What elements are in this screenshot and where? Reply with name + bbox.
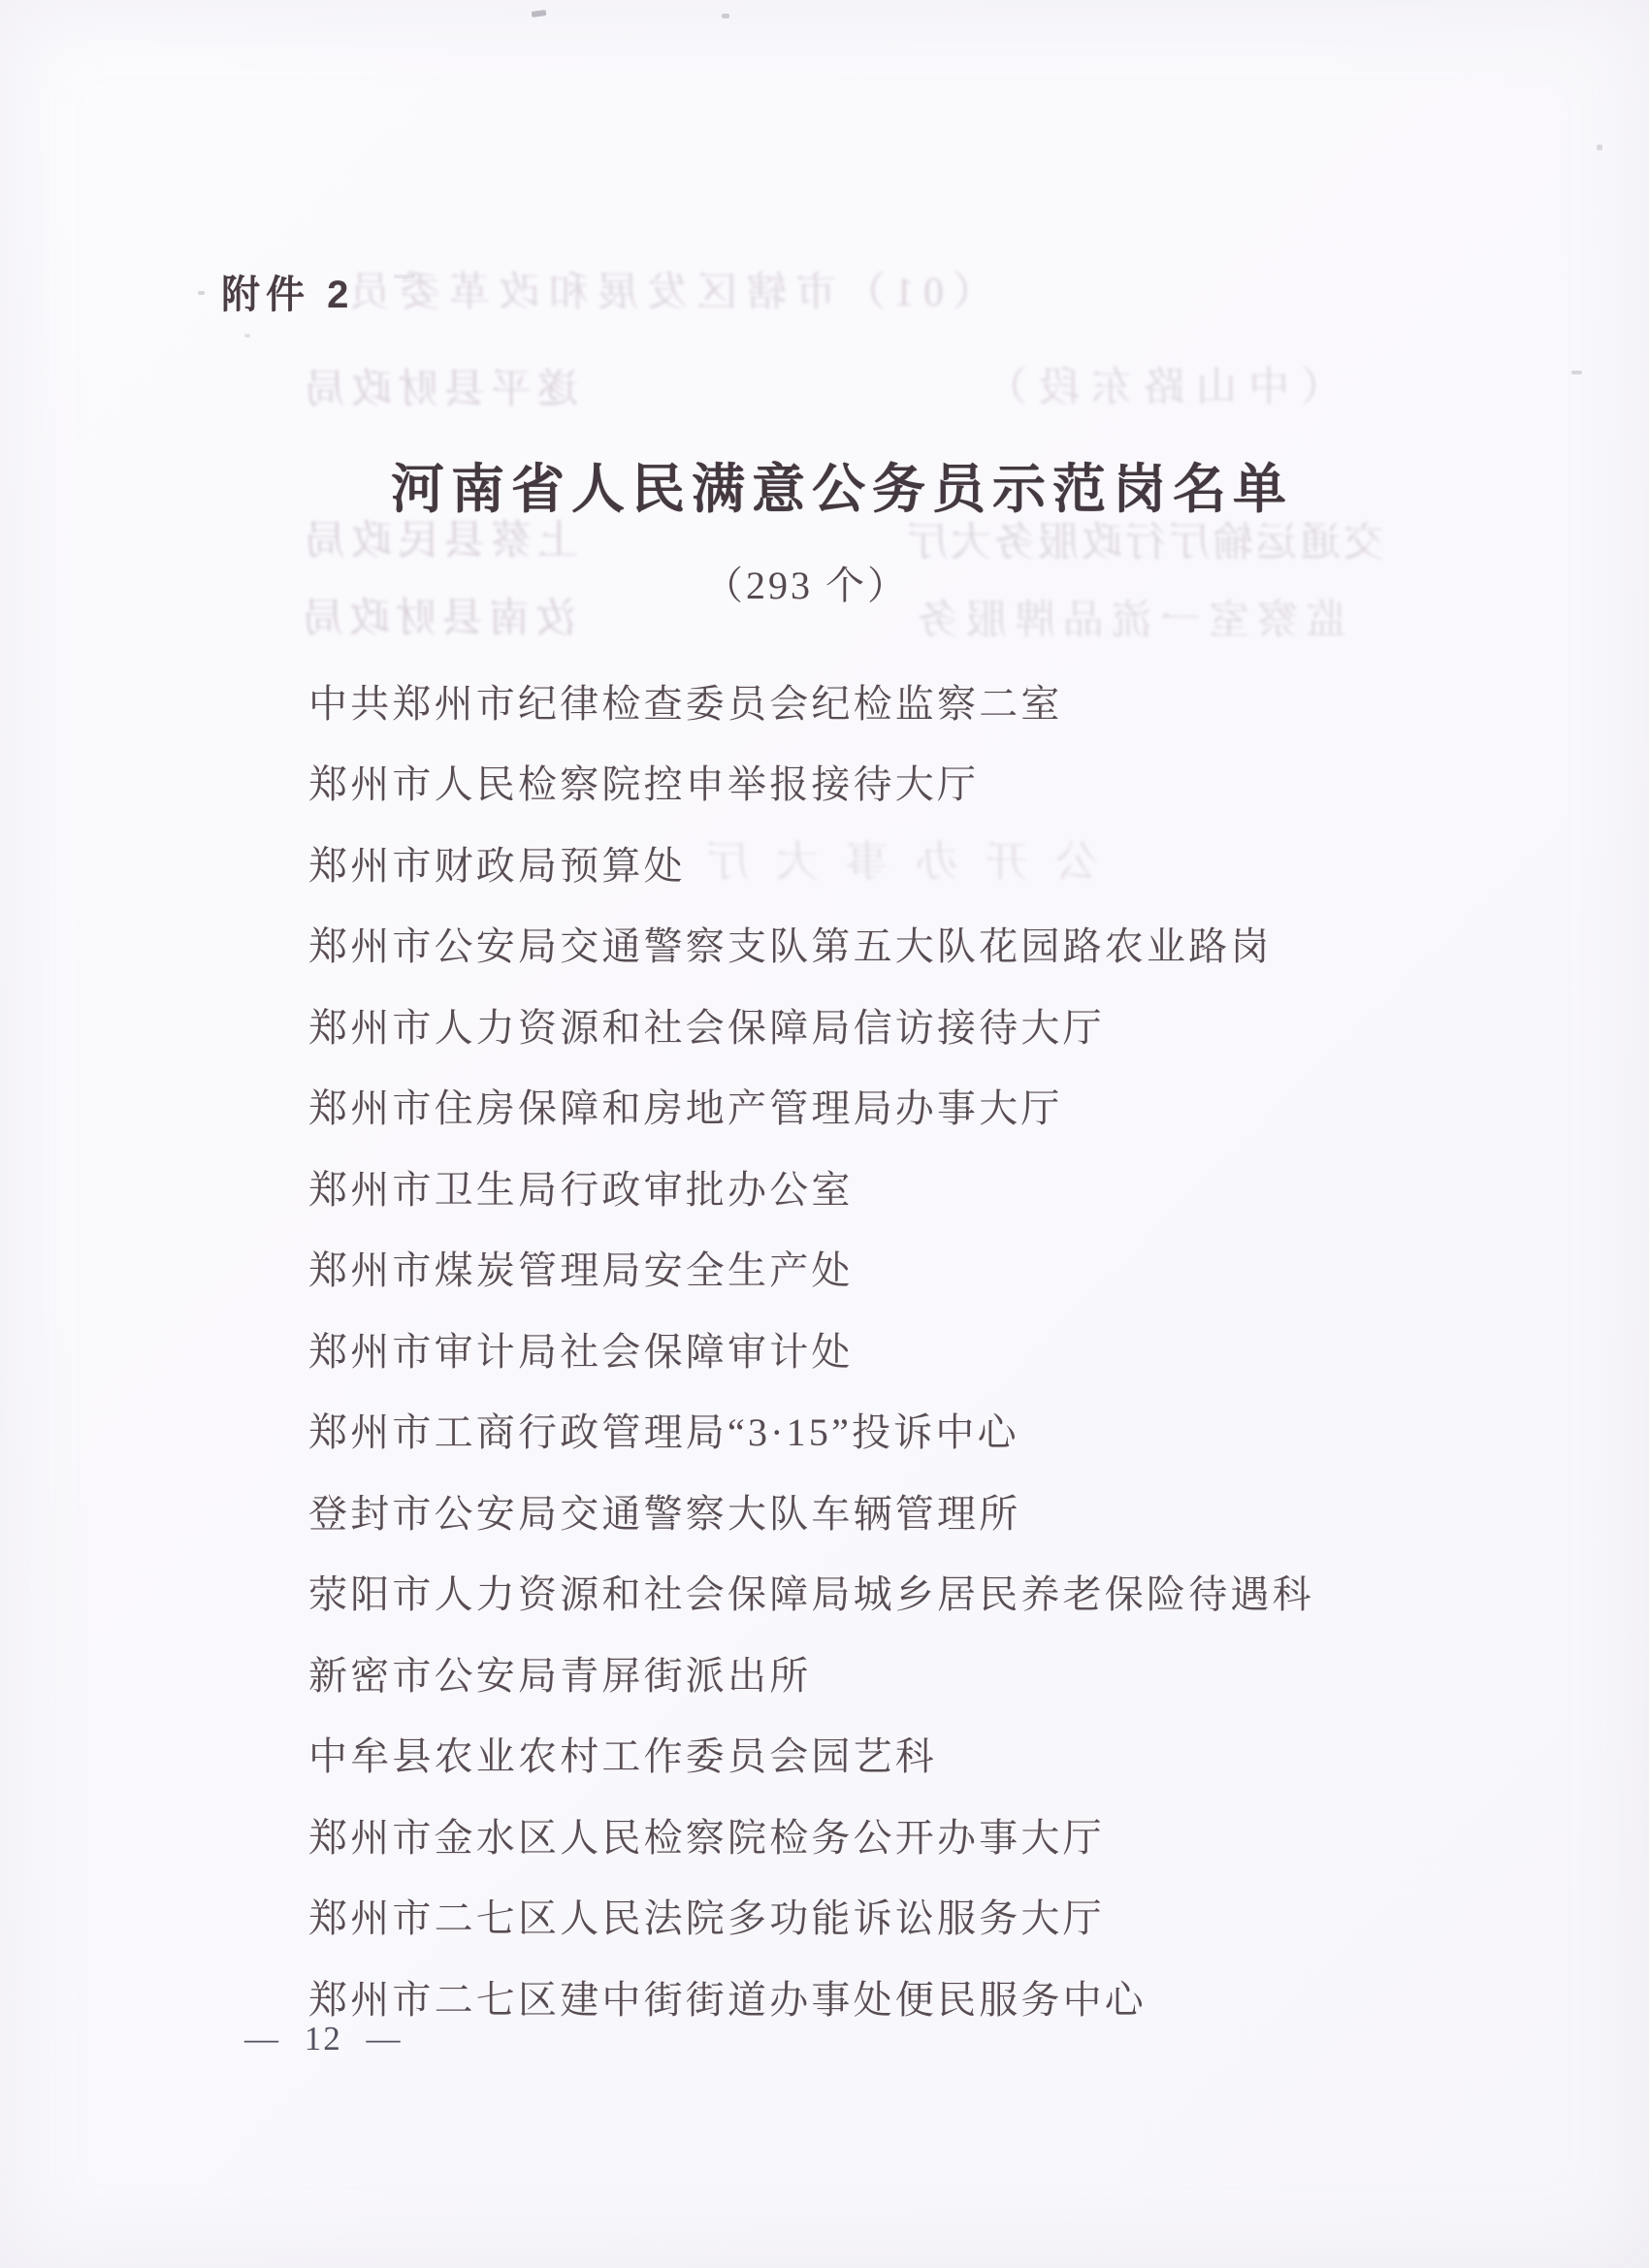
list-entry: 登封市公安局交通警察大队车辆管理所 [308, 1483, 1020, 1539]
scan-speck [244, 334, 250, 338]
scan-speck [532, 10, 547, 17]
document-title: 河南省人民满意公务员示范岗名单 [391, 446, 1293, 523]
bleedthrough-text: （中山路东段） [975, 355, 1342, 413]
list-entry: 郑州市审计局社会保障审计处 [308, 1321, 854, 1377]
list-entry: 郑州市人力资源和社会保障局信访接待大厅 [308, 997, 1105, 1053]
list-entry: 郑州市人民检察院控申举报接待大厅 [308, 754, 979, 809]
bleedthrough-text: 公开办事大厅 [679, 826, 1098, 889]
list-entry: 荥阳市人力资源和社会保障局城乡居民养老保险待遇科 [308, 1564, 1314, 1619]
scan-speck [1597, 145, 1602, 150]
scan-speck [394, 275, 415, 278]
list-entry: 郑州市住房保障和房地产管理局办事大厅 [308, 1078, 1063, 1133]
list-entry: 中共郑州市纪律检查委员会纪检监察二室 [308, 673, 1063, 729]
list-entry: 郑州市卫生局行政审批办公室 [308, 1159, 854, 1215]
bleedthrough-text: 遂平县财政局 [299, 357, 578, 415]
scan-speck [722, 14, 729, 18]
list-entry: 郑州市二七区人民法院多功能诉讼服务大厅 [308, 1888, 1105, 1943]
attachment-label: 附件 2 [221, 264, 354, 319]
list-entry: 中牟县农业农村工作委员会园艺科 [308, 1726, 937, 1781]
scan-speck [198, 291, 205, 295]
list-entry: 郑州市煤炭管理局安全生产处 [308, 1240, 854, 1295]
list-entry: 郑州市工商行政管理局“3·15”投诉中心 [308, 1402, 1019, 1457]
scanned-document-page: （01）市辖区发展和改革委员 遂平县财政局 （中山路东段） 上蔡县民政局 交通运… [0, 0, 1649, 2268]
list-entry: 郑州市财政局预算处 [308, 835, 686, 891]
bleedthrough-text: （01）市辖区发展和改革委员 [341, 260, 993, 318]
bleedthrough-text: 汝南县财政局 [297, 586, 576, 644]
list-entry: 郑州市金水区人民检察院检务公开办事大厅 [308, 1807, 1105, 1863]
bleedthrough-text: 监察室一流品牌服务 [910, 588, 1346, 646]
page-number: — 12 — [244, 2020, 403, 2058]
list-entry: 郑州市公安局交通警察支队第五大队花园路农业路岗 [308, 916, 1273, 971]
list-entry: 郑州市二七区建中街街道办事处便民服务中心 [308, 1969, 1147, 2025]
list-entry: 新密市公安局青屏街派出所 [308, 1645, 811, 1701]
scan-speck [1571, 371, 1582, 374]
count-note: （293 个） [704, 555, 909, 610]
